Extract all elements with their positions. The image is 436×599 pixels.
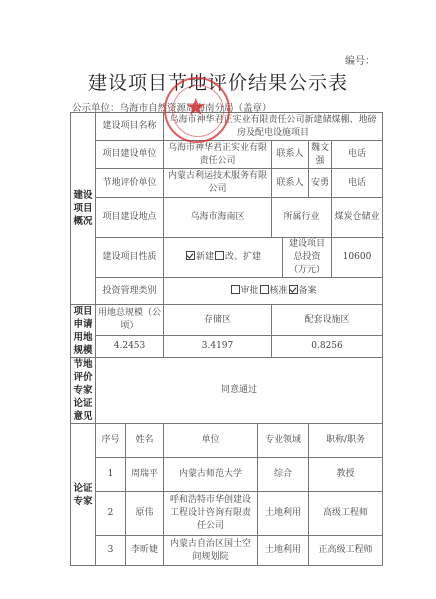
evaluator-contact-label: 联系人 (272, 169, 309, 198)
expert-title: 教授 (309, 458, 383, 492)
checkbox-approval[interactable] (231, 285, 240, 294)
table-row: 1 周瑞平 内蒙古师范大学 综合 教授 (71, 458, 383, 492)
document-number-label: 编号： (345, 52, 375, 67)
expert-no: 3 (96, 536, 126, 566)
expert-org: 内蒙古自治区国土空间规划院 (164, 536, 258, 566)
evaluator-value: 内蒙古利运技术服务有限公司 (164, 169, 272, 198)
expert-field: 土地利用 (258, 492, 309, 536)
nature-options: 新建改、扩建 (164, 238, 283, 278)
expert-name: 原伟 (126, 492, 164, 536)
builder-value: 乌海市神华君正实业有限责任公司 (164, 141, 272, 169)
expert-org: 呼和浩特市华创建设工程设计咨询有限责任公司 (164, 492, 258, 536)
expert-no: 1 (96, 458, 126, 492)
table-row: 2 原伟 呼和浩特市华创建设工程设计咨询有限责任公司 土地利用 高级工程师 (71, 492, 383, 536)
overview-section-label: 建设项目概况 (71, 113, 96, 305)
project-name-label: 建设项目名称 (96, 113, 164, 141)
investment-label: 建设项目总投资（万元） (283, 238, 332, 278)
col-header-title: 职称/职务 (309, 424, 383, 458)
evaluator-contact-value: 安勇 (309, 169, 332, 198)
location-label: 项目建设地点 (96, 198, 164, 238)
builder-phone-label: 电话 (332, 141, 383, 169)
checkbox-renovation[interactable] (215, 251, 224, 260)
mgmt-label: 投资管理类别 (96, 278, 164, 305)
land-facility-value: 0.8256 (272, 336, 383, 358)
seal-star-icon: ★ (185, 95, 207, 119)
expert-no: 2 (96, 492, 126, 536)
mgmt-options: 审批核准备案 (164, 278, 383, 305)
col-header-name: 姓名 (126, 424, 164, 458)
official-seal-stamp: ★ (164, 77, 230, 143)
evaluator-label: 节地评价单位 (96, 169, 164, 198)
investment-value: 10600 (332, 238, 383, 278)
table-row: 3 李昕婕 内蒙古自治区国土空间规划院 土地利用 正高级工程师 (71, 536, 383, 566)
builder-contact-value: 魏文强 (309, 141, 332, 169)
land-storage-value: 3.4197 (164, 336, 272, 358)
expert-field: 综合 (258, 458, 309, 492)
land-total-value: 4.2453 (96, 336, 164, 358)
builder-label: 项目建设单位 (96, 141, 164, 169)
land-facility-label: 配套设施区 (272, 305, 383, 336)
checkbox-new-build[interactable] (186, 251, 195, 260)
option-filing-label: 备案 (299, 286, 317, 296)
builder-contact-label: 联系人 (272, 141, 309, 169)
land-storage-label: 存储区 (164, 305, 272, 336)
option-approval-label: 审批 (241, 286, 259, 296)
checkbox-verification[interactable] (260, 285, 269, 294)
evaluation-table: 建设项目概况 建设项目名称 乌海市神华君正实业有限责任公司新建储煤棚、地磅房及配… (70, 112, 383, 566)
checkbox-filing[interactable] (289, 285, 298, 294)
col-header-org: 单位 (164, 424, 258, 458)
col-header-no: 序号 (96, 424, 126, 458)
expert-name: 李昕婕 (126, 536, 164, 566)
evaluator-phone-label: 电话 (332, 169, 383, 198)
expert-name: 周瑞平 (126, 458, 164, 492)
opinion-section-label: 节地评价专家论证意见 (71, 358, 96, 424)
expert-field: 土地利用 (258, 536, 309, 566)
expert-title: 高级工程师 (309, 492, 383, 536)
option-renovation-label: 改、扩建 (225, 252, 261, 262)
experts-section-label: 论证专家 (71, 424, 96, 566)
location-value: 乌海市海南区 (164, 198, 272, 238)
nature-label: 建设项目性质 (96, 238, 164, 278)
expert-title: 正高级工程师 (309, 536, 383, 566)
industry-label: 所属行业 (272, 198, 332, 238)
industry-value: 煤炭仓储业 (332, 198, 383, 238)
option-verification-label: 核准 (270, 286, 288, 296)
land-section-label: 项目申请用地规模 (71, 305, 96, 358)
expert-org: 内蒙古师范大学 (164, 458, 258, 492)
opinion-text: 同意通过 (96, 358, 383, 424)
option-new-build-label: 新建 (196, 252, 214, 262)
land-total-label: 用地总规模（公顷） (96, 305, 164, 336)
col-header-field: 专业领域 (258, 424, 309, 458)
